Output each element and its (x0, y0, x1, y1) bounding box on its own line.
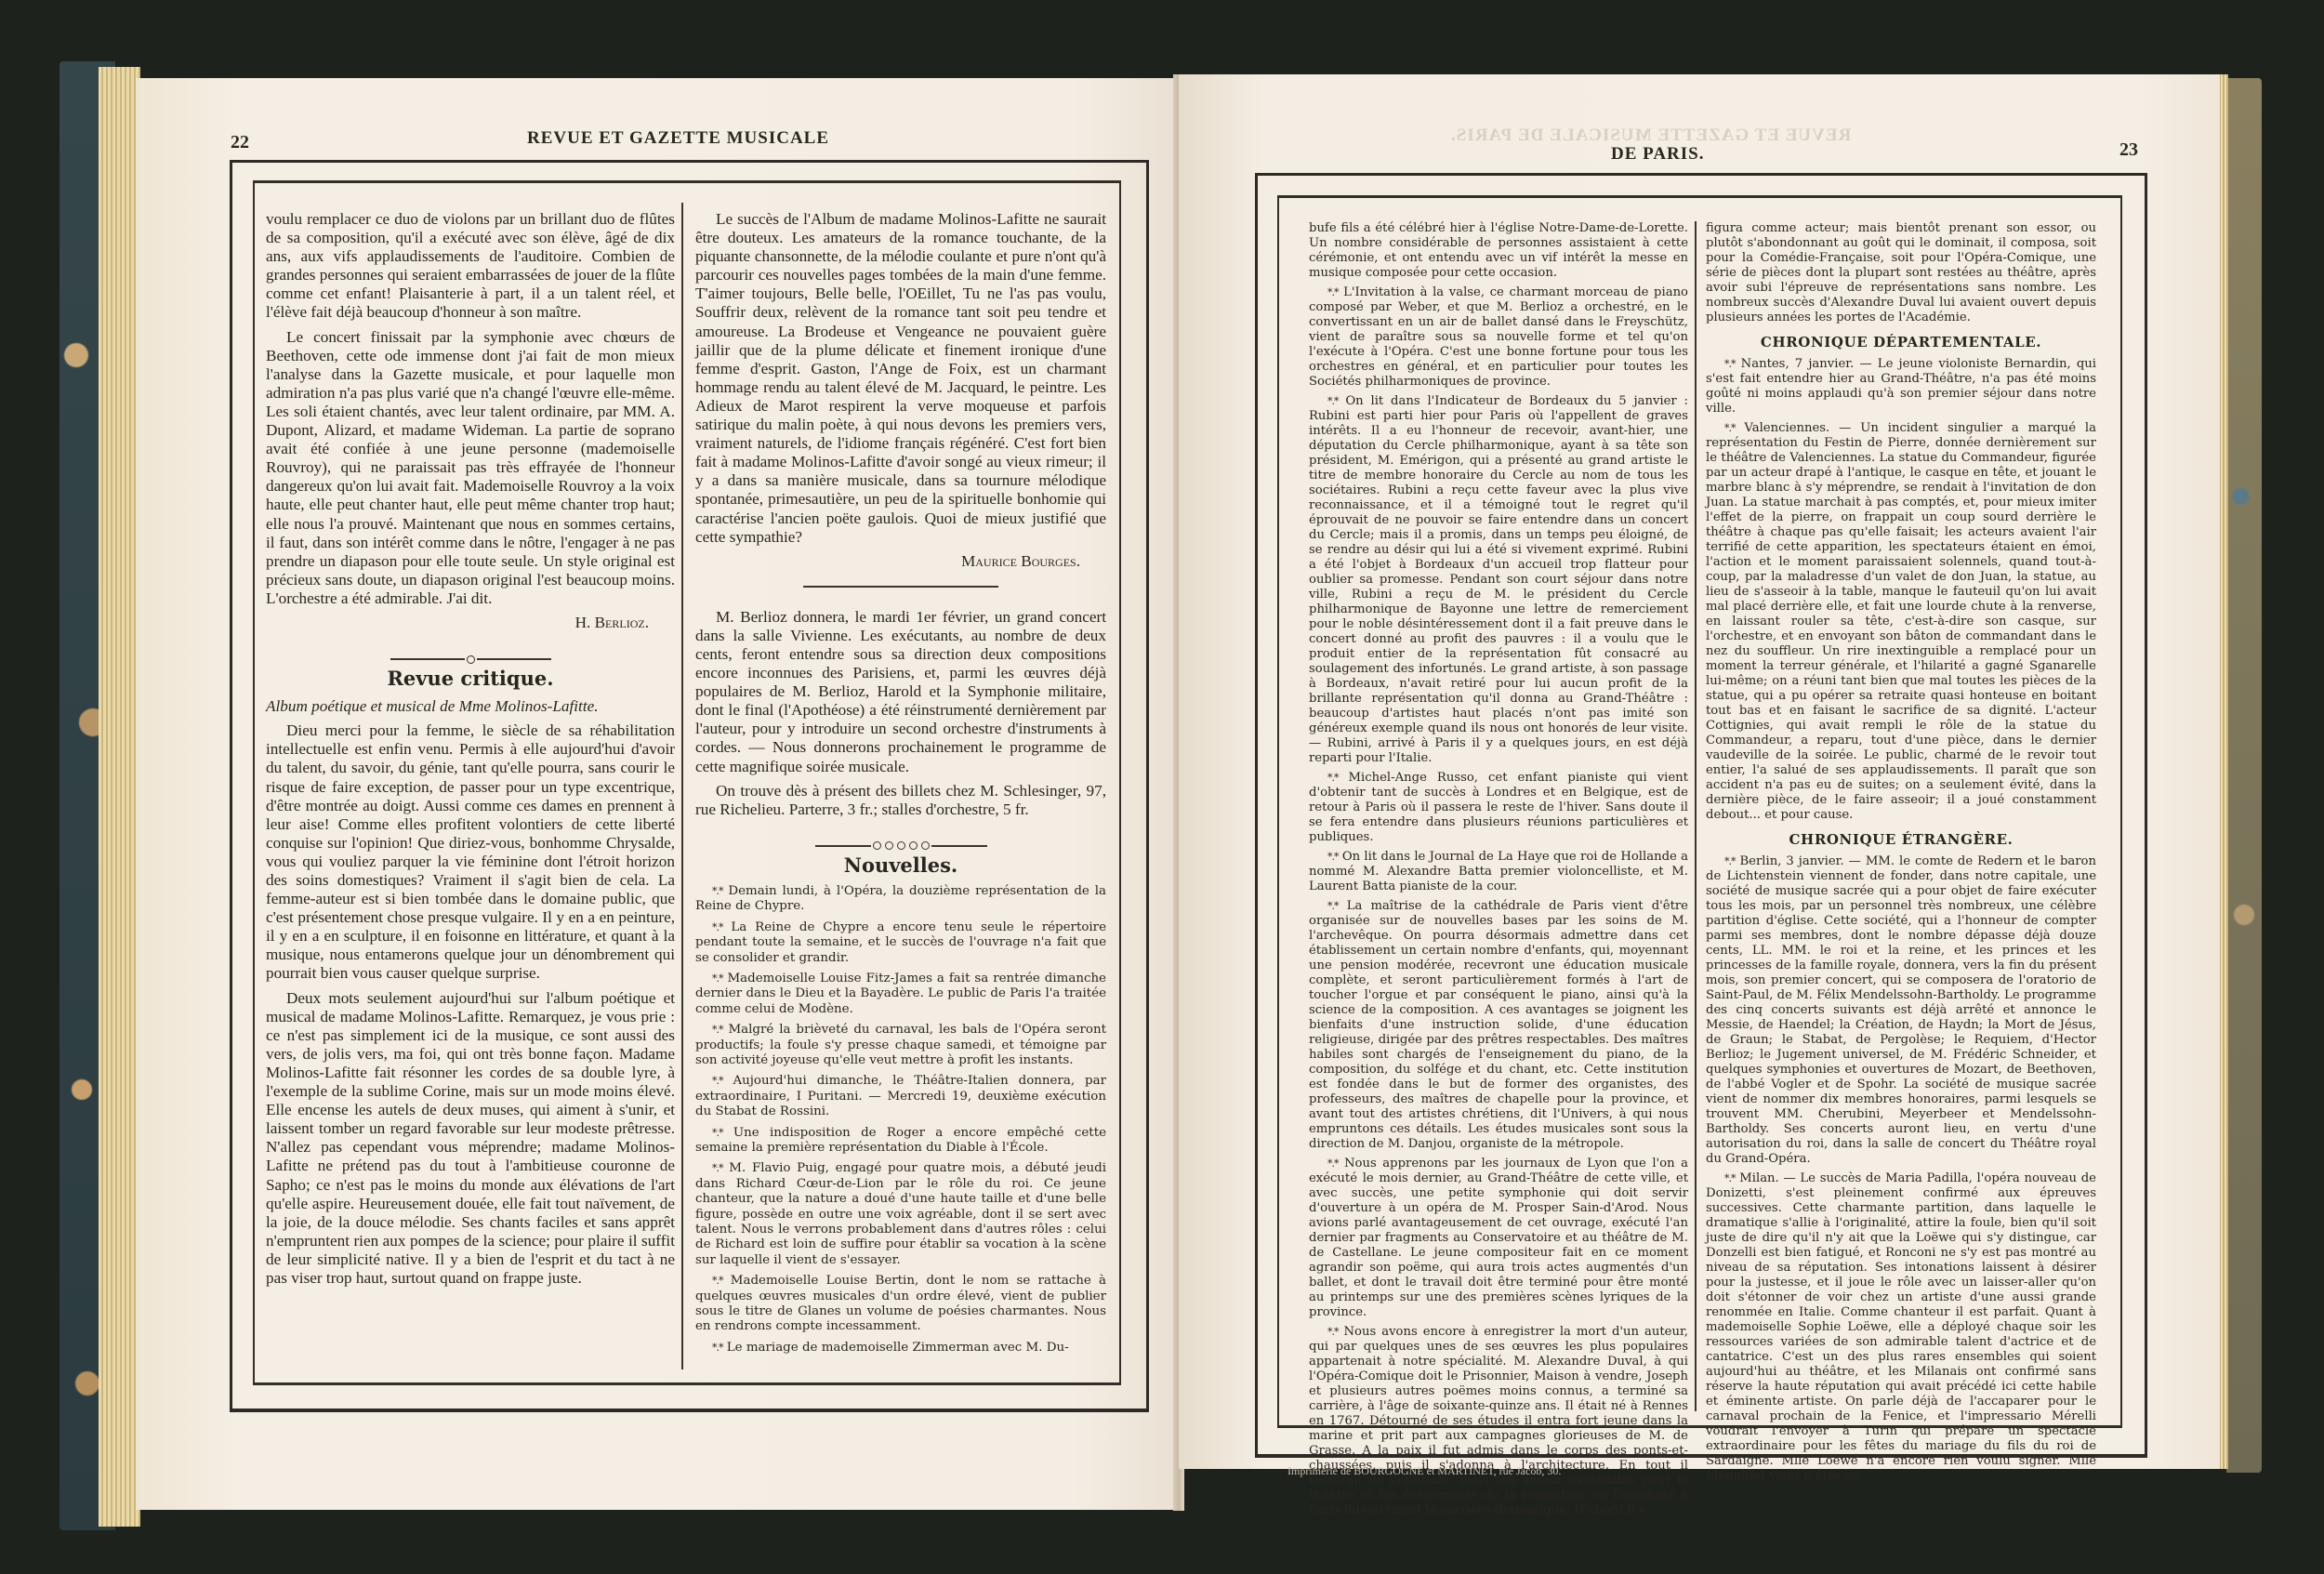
paragraph: Deux mots seulement aujourd'hui sur l'al… (266, 989, 675, 1289)
review-subtitle: Album poétique et musical de Mme Molinos… (266, 697, 675, 716)
right-page-column-rule (1695, 221, 1697, 1411)
news-item: *.* On lit dans l'Indicateur de Bordeaux… (1309, 394, 1688, 766)
news-item: *.* L'Invitation à la valse, ce charmant… (1309, 285, 1688, 390)
asterism-icon: *.* (712, 1075, 723, 1087)
ornament-divider (266, 649, 675, 658)
news-item: *.* Nous avons encore à enregistrer la m… (1309, 1325, 1688, 1518)
asterism-icon: *.* (1724, 1172, 1736, 1184)
asterism-icon: *.* (1327, 851, 1339, 863)
ticket-info: On trouve dès à présent des billets chez… (695, 782, 1106, 819)
running-head-right: DE PARIS. (1611, 144, 1705, 165)
asterism-icon: *.* (1327, 900, 1339, 912)
signature-berlioz: H. Berlioz. (266, 614, 649, 632)
paragraph: Dieu merci pour la femme, le siècle de s… (266, 721, 675, 983)
asterism-icon: *.* (1327, 286, 1339, 298)
left-page-column-1: voulu remplacer ce duo de violons par un… (266, 210, 675, 1293)
news-item: *.* La Reine de Chypre a encore tenu seu… (695, 920, 1106, 966)
asterism-icon: *.* (1327, 772, 1339, 784)
page-number-right: 23 (2119, 139, 2138, 161)
asterism-icon: *.* (1724, 422, 1736, 434)
paragraph: Le succès de l'Album de madame Molinos-L… (695, 210, 1106, 547)
section-title-nouvelles: Nouvelles. (695, 856, 1106, 875)
signature-bourges: Maurice Bourges. (695, 552, 1080, 571)
asterism-icon: *.* (1327, 1157, 1339, 1170)
news-item: *.* Le mariage de mademoiselle Zimmerman… (695, 1341, 1106, 1356)
news-item: *.* Nantes, 7 janvier. — Le jeune violon… (1706, 357, 2096, 417)
running-head-left: REVUE ET GAZETTE MUSICALE (527, 128, 829, 149)
news-item: *.* La maîtrise de la cathédrale de Pari… (1309, 899, 1688, 1152)
asterism-icon: *.* (712, 1127, 723, 1139)
right-page-column-2: figura comme acteur; mais bientôt prenan… (1706, 221, 2096, 1488)
asterism-icon: *.* (1327, 1326, 1339, 1338)
news-item: *.* Michel-Ange Russo, cet enfant pianis… (1309, 771, 1688, 845)
news-item: *.* Aujourd'hui dimanche, le Théâtre-Ita… (695, 1074, 1106, 1119)
news-item: *.* M. Flavio Puig, engagé pour quatre m… (695, 1161, 1106, 1268)
news-item: *.* Valenciennes. — Un incident singulie… (1706, 421, 2096, 823)
paragraph: voulu remplacer ce duo de violons par un… (266, 210, 675, 323)
news-item: *.* Mademoiselle Louise Bertin, dont le … (695, 1274, 1106, 1335)
paragraph: Le concert finissait par la symphonie av… (266, 328, 675, 608)
news-item: *.* Une indisposition de Roger a encore … (695, 1126, 1106, 1157)
asterism-icon: *.* (1724, 358, 1736, 370)
concert-notice: M. Berlioz donnera, le mardi 1er février… (695, 608, 1106, 776)
ornament-divider (695, 836, 1106, 845)
asterism-icon: *.* (712, 885, 723, 897)
left-page-column-rule (681, 203, 683, 1369)
news-item: *.* Milan. — Le succès de Maria Padilla,… (1706, 1171, 2096, 1484)
section-title-chronique-etrangere: CHRONIQUE ÉTRANGÈRE. (1706, 832, 2096, 847)
asterism-icon: *.* (712, 972, 723, 985)
news-item: *.* Malgré la brièveté du carnaval, les … (695, 1023, 1106, 1068)
bleed-through-heading: REVUE ET GAZETTE MUSICALE DE PARIS. (1450, 126, 1851, 146)
asterism-icon: *.* (712, 1162, 723, 1174)
book-cover-right (2226, 78, 2262, 1473)
news-item: *.* Nous apprenons par les journaux de L… (1309, 1157, 1688, 1320)
asterism-icon: *.* (1327, 395, 1339, 407)
paragraph: bufe fils a été célébré hier à l'église … (1309, 221, 1688, 281)
asterism-icon: *.* (712, 921, 723, 933)
news-item: *.* On lit dans le Journal de La Haye qu… (1309, 850, 1688, 894)
printer-imprint: Imprimerie de BOURGOGNE et MARTINET, rue… (1287, 1464, 1561, 1478)
section-title-revue-critique: Revue critique. (266, 669, 675, 688)
page-number-left: 22 (231, 132, 249, 153)
news-item: *.* Berlin, 3 janvier. — MM. le comte de… (1706, 854, 2096, 1167)
news-item: *.* Demain lundi, à l'Opéra, la douzième… (695, 884, 1106, 915)
right-page-column-1: bufe fils a été célébré hier à l'église … (1309, 221, 1688, 1523)
asterism-icon: *.* (712, 1024, 723, 1036)
news-item: *.* Mademoiselle Louise Fitz-James a fai… (695, 972, 1106, 1017)
asterism-icon: *.* (1724, 855, 1736, 867)
paragraph: figura comme acteur; mais bientôt prenan… (1706, 221, 2096, 325)
divider-rule (803, 586, 998, 588)
section-title-chronique-departementale: CHRONIQUE DÉPARTEMENTALE. (1706, 335, 2096, 350)
asterism-icon: *.* (712, 1275, 723, 1287)
left-page-column-2: Le succès de l'Album de madame Molinos-L… (695, 210, 1106, 1361)
asterism-icon: *.* (712, 1342, 723, 1354)
page-edges-left (99, 67, 140, 1527)
